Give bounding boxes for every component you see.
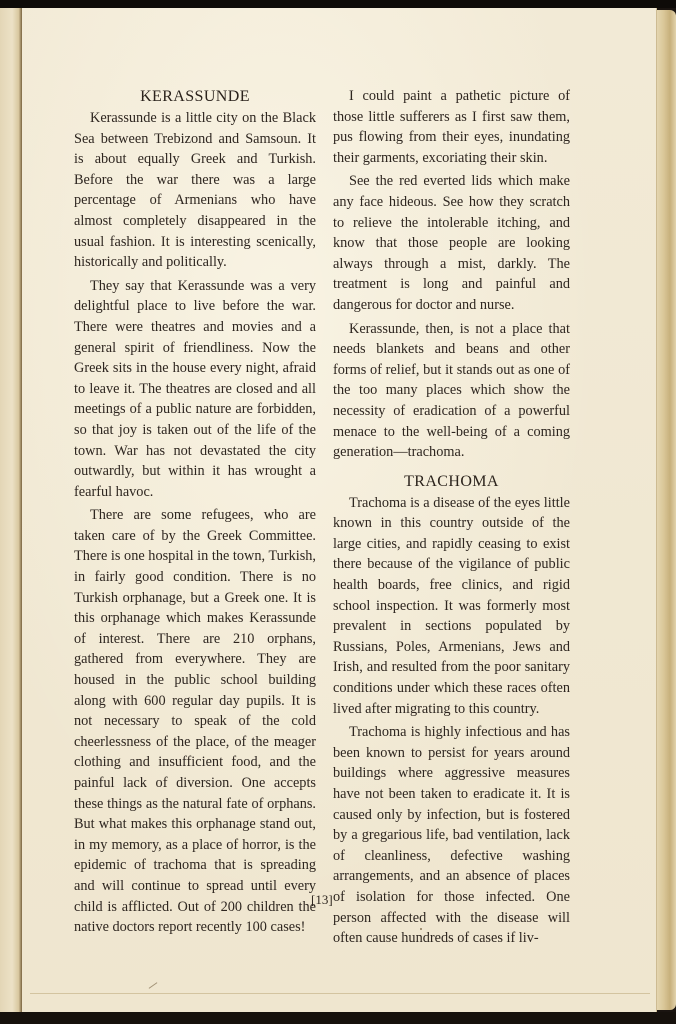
left-column: KERASSUNDE Kerassunde is a little city o… [74, 86, 316, 941]
paper-speck [420, 928, 422, 930]
paragraph: Trachoma is a disease of the eyes little… [333, 493, 570, 720]
page-number: [13] [311, 892, 333, 908]
paragraph: Kerassunde, then, is not a place that ne… [333, 319, 570, 463]
page-bottom-edge [30, 993, 650, 994]
paragraph: Kerassunde is a little city on the Black… [74, 108, 316, 273]
left-page-edge [0, 8, 22, 1012]
paragraph: They say that Kerassunde was a very deli… [74, 276, 316, 503]
paragraph: Trachoma is highly infectious and has be… [333, 722, 570, 949]
right-column: I could paint a pathetic picture of thos… [333, 86, 570, 952]
section-heading-kerassunde: KERASSUNDE [74, 86, 316, 108]
scan-top-border [0, 0, 676, 8]
section-heading-trachoma: TRACHOMA [333, 471, 570, 493]
scan-bottom-border [0, 1012, 676, 1024]
paragraph: See the red everted lids which make any … [333, 171, 570, 315]
paragraph: I could paint a pathetic picture of thos… [333, 86, 570, 168]
right-page-edges [656, 10, 676, 1010]
paragraph: There are some refugees, who are taken c… [74, 505, 316, 937]
